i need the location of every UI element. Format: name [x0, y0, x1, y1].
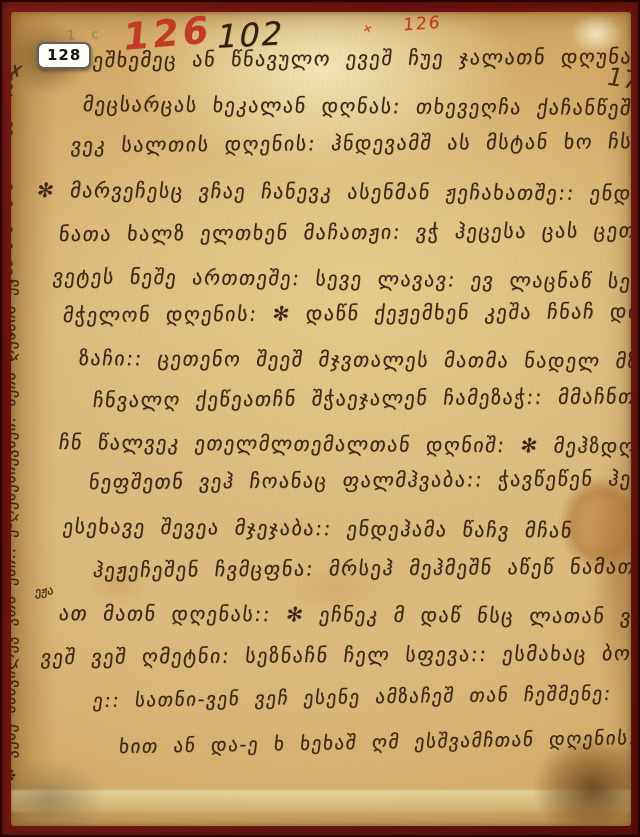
manuscript-line: ვეკ სალთის დღენის: ჰნდევამშ ას მსტან ხო …	[70, 128, 631, 157]
marginalia-lower: ✻ ვეჰე ნანვილეკ ვთხ ესჩ:: ე-ღეშესჩევნეი:…	[11, 370, 19, 782]
manuscript-page: 126 102 126 × 17 1 c ✗ 128 ეშხემეც ან წნ…	[11, 12, 631, 826]
manuscript-line: ჰეჟეჩეშენ ჩვმცფნა: მრსეჰ მეჰმეშნ აწეწ ნა…	[92, 554, 631, 582]
manuscript-line: ზაჩი:: ცეთენო შეეშ მჯვთალეს მათმა ნადელ …	[77, 346, 631, 373]
manuscript-line: ეშხემეც ან წნავულო ევეშ ჩუე ჯალათნ დღუნა…	[92, 43, 631, 72]
manuscript-line: ✻ მარვეჩესც ვჩაე ჩანევკ ასენმან ჟეჩახათშ…	[35, 178, 631, 206]
manuscript-line: ათ მათნ დღენას:: ✻ ეჩნეკ მ დაწ ნსც ლათან…	[57, 601, 631, 628]
manuscript-line: მეცსარცას ხეკალან დღნას: თხევეღჩა ქაჩანწ…	[81, 92, 631, 121]
manuscript-line: ხით ან და-ე ხ ხეხაშ ღმ ესშვამჩთან დღენის…	[118, 727, 631, 758]
manuscript-line: ვეშ ვეშ ღმეტნი: სეზნაჩნ ჩელ სფევა:: ესმა…	[40, 640, 631, 669]
margin-note: ეჟა	[35, 583, 54, 599]
manuscript-line: ვეტეს ნეშე ართთეშე: სევე ლავავ: ევ ლაცნა…	[51, 264, 631, 293]
manuscript-line: ე:: სათნი-ვენ ვეჩ ესენე ამზაჩეშ თან ჩეშმ…	[92, 683, 614, 712]
manuscript-line: ნათა ხალზ ელთხენ მაჩათჟი: ვჭ ჰეცესა ცას …	[58, 218, 631, 246]
manuscript-text-block: ეშხემეც ან წნავულო ევეშ ჩუე ჯალათნ დღუნა…	[11, 12, 631, 826]
manuscript-line: ჩნ წალვეკ ეთელმლთემალთან დღნიშ: ✻ მეჰზდღ…	[57, 430, 631, 458]
manuscript-line: ჩნვალღ ქეწეათჩნ შჭაეჯალენ ჩამეზაჭ:: მმაჩ…	[92, 384, 631, 412]
manuscript-line: მჭელონ დღენის: ✻ დაწნ ქეჟემხენ კეშა ჩნაჩ…	[62, 298, 631, 327]
manuscript-line: ესეხავე შევეა მჯეჯაბა:: ენდეჰამა წაჩვ მჩ…	[61, 514, 574, 542]
manuscript-line: ნეფშეთნ ვეჰ ჩოანაც ფალმჰვაბა:: ჭავწეწენ …	[88, 466, 631, 494]
manuscript-scan: 126 102 126 × 17 1 c ✗ 128 ეშხემეც ან წნ…	[0, 0, 640, 837]
